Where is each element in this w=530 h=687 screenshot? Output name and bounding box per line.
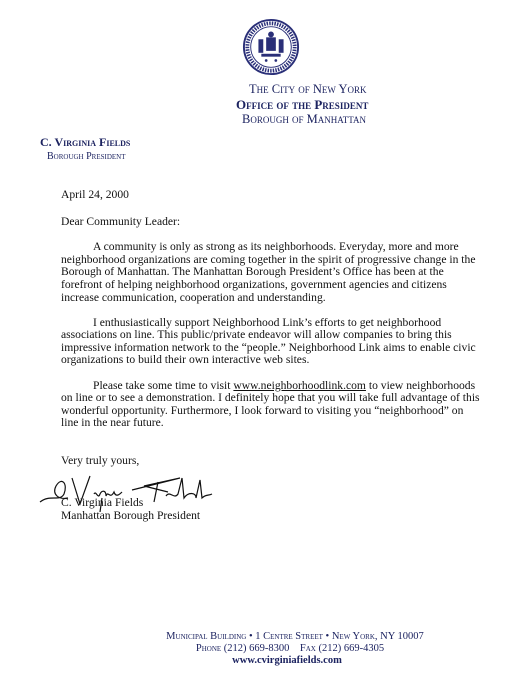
fax-label: Fax [300,643,316,654]
letterhead-office: Office of the President [230,97,380,112]
signatory-name: C. Virginia Fields [61,497,200,510]
paragraph-3: Please take some time to visit www.neigh… [61,380,481,430]
letter-date: April 24, 2000 [61,189,481,202]
footer-contact: Phone (212) 669-8300 Fax (212) 669-4305 [0,643,530,655]
paragraph-1: A community is only as strong as its nei… [61,241,481,304]
footer-website[interactable]: www.cvirginiafields.com [0,655,530,667]
signatory-title: Manhattan Borough President [61,510,200,523]
closing: Very truly yours, [61,454,139,467]
paragraph-3-text-a: Please take some time to visit [93,379,233,392]
letter-body: April 24, 2000 Dear Community Leader: A … [61,189,481,442]
paragraph-2: I enthusiastically support Neighborhood … [61,317,481,367]
sender-title: Borough President [40,151,130,162]
signature-block: C. Virginia Fields Manhattan Borough Pre… [61,497,200,523]
letterhead: The City of New York Office of the Presi… [230,82,380,127]
fax-number: (212) 669-4305 [318,643,384,654]
footer-address: Municipal Building • 1 Centre Street • N… [0,631,530,643]
neighborhoodlink-link[interactable]: www.neighborhoodlink.com [233,379,366,392]
footer: Municipal Building • 1 Centre Street • N… [0,631,530,667]
letterhead-borough: Borough of Manhattan [230,112,380,127]
salutation: Dear Community Leader: [61,216,481,229]
phone-number: (212) 669-8300 [224,643,290,654]
phone-label: Phone [196,643,221,654]
city-seal-icon [242,18,300,76]
letterhead-city: The City of New York [230,82,380,97]
sender-name: C. Virginia Fields [40,135,130,150]
sender-block: C. Virginia Fields Borough President [40,135,130,162]
